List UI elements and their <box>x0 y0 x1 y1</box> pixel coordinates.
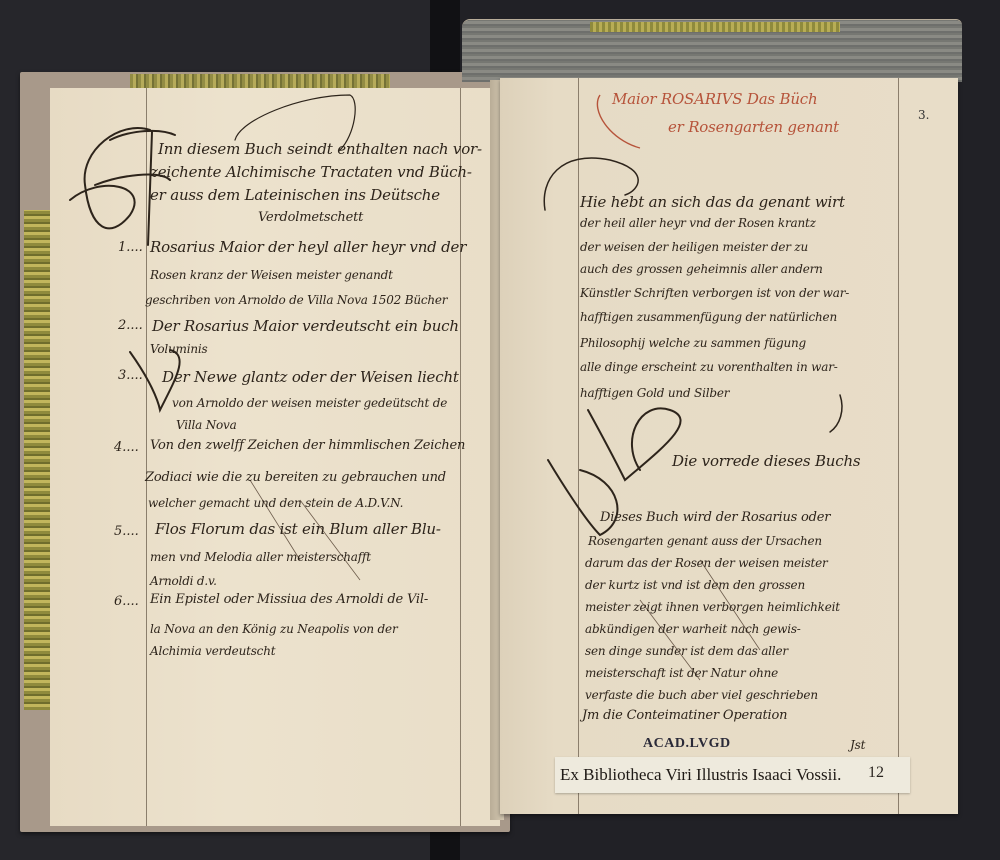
section1-line-2: der heil aller heyr vnd der Rosen krantz <box>580 216 816 230</box>
heading-line-4: Verdolmetschett <box>258 210 363 225</box>
left-gilt-edge-top <box>130 74 390 88</box>
section2-heading: Die vorrede dieses Buchs <box>672 452 860 470</box>
section1-line-9: hafftigen Gold und Silber <box>580 386 729 400</box>
entry-1-line-3: geschriben von Arnoldo de Villa Nova 150… <box>145 293 447 307</box>
section1-line-3: der weisen der heiligen meister der zu <box>580 240 808 254</box>
entry-number-4: 4.... <box>114 440 139 455</box>
entry-number-1: 1.... <box>118 240 143 255</box>
right-gilt-edge-top <box>590 22 840 32</box>
section2-line-6: abkündigen der warheit nach gewis- <box>585 622 801 636</box>
section2-line-1: Dieses Buch wird der Rosarius oder <box>600 510 830 525</box>
entry-4-line-3: welcher gemacht und den stein de A.D.V.N… <box>148 496 403 510</box>
left-margin-rule <box>146 88 147 826</box>
entry-1-line-1: Rosarius Maior der heyl aller heyr vnd d… <box>150 238 466 256</box>
rubric-title-line-1: Maior ROSARIVS Das Büch <box>612 90 817 108</box>
section2-line-10: Jm die Conteimatiner Operation <box>582 708 787 723</box>
heading-line-2: zeichente Alchimische Tractaten vnd Büch… <box>150 163 472 181</box>
entry-number-6: 6.... <box>114 594 139 609</box>
catchword: Jst <box>850 738 865 752</box>
section2-line-2: Rosengarten genant auss der Ursachen <box>588 534 822 548</box>
section2-line-9: verfaste die buch aber viel geschrieben <box>585 688 818 702</box>
entry-3-line-3: Villa Nova <box>176 418 237 432</box>
section1-line-7: Philosophij welche zu sammen fügung <box>580 336 806 350</box>
left-margin-rule <box>578 78 579 814</box>
section1-line-5: Künstler Schriften verborgen ist von der… <box>580 286 849 300</box>
heading-line-1: Inn diesem Buch seindt enthalten nach vo… <box>158 140 482 158</box>
entry-4-line-2: Zodiaci wie die zu bereiten zu gebrauche… <box>145 470 446 485</box>
entry-5-line-1: Flos Florum das ist ein Blum aller Blu- <box>155 520 441 538</box>
entry-number-3: 3.... <box>118 368 143 383</box>
section2-line-7: sen dinge sunder ist dem das aller <box>585 644 788 658</box>
heading-line-3: er auss dem Lateinischen ins Deütsche <box>150 186 440 204</box>
shelf-number: 12 <box>868 764 884 782</box>
entry-2-line-1: Der Rosarius Maior verdeutscht ein buch <box>152 317 459 335</box>
right-page <box>500 78 958 814</box>
entry-3-line-1: Der Newe glantz oder der Weisen liecht <box>162 368 459 386</box>
entry-1-line-2: Rosen kranz der Weisen meister genandt <box>150 268 393 282</box>
entry-6-line-2: la Nova an den König zu Neapolis von der <box>150 622 397 636</box>
section1-line-6: hafftigen zusammenfügung der natürlichen <box>580 310 837 324</box>
entry-4-line-1: Von den zwelff Zeichen der himmlischen Z… <box>150 438 465 453</box>
entry-2-line-2: Voluminis <box>150 342 208 356</box>
rubric-title-line-2: er Rosengarten genant <box>668 118 839 136</box>
library-stamp: ACAD.LVGD <box>643 736 731 752</box>
ex-libris-label-text: Ex Bibliotheca Viri Illustris Isaaci Vos… <box>560 765 841 785</box>
entry-5-line-3: Arnoldi d.v. <box>150 574 217 588</box>
folio-number: 3. <box>918 108 929 122</box>
entry-6-line-3: Alchimia verdeutscht <box>150 644 275 658</box>
entry-number-5: 5.... <box>114 524 139 539</box>
right-margin-rule <box>460 88 461 826</box>
section2-line-8: meisterschaft ist der Natur ohne <box>585 666 778 680</box>
entry-3-line-2: von Arnoldo der weisen meister gedeütsch… <box>172 396 447 410</box>
section2-line-4: der kurtz ist vnd ist dem den grossen <box>585 578 805 592</box>
left-gilt-edge-side <box>24 210 50 710</box>
section1-line-1: Hie hebt an sich das da genant wirt <box>580 193 845 211</box>
entry-5-line-2: men vnd Melodia aller meisterschafft <box>150 550 371 564</box>
section1-line-8: alle dinge erscheint zu vorenthalten in … <box>580 360 838 374</box>
section2-line-5: meister zeigt ihnen verborgen heimlichke… <box>585 600 840 614</box>
right-margin-rule <box>898 78 899 814</box>
section1-line-4: auch des grossen geheimnis aller andern <box>580 262 823 276</box>
section2-line-3: darum das der Rosen der weisen meister <box>585 556 828 570</box>
entry-6-line-1: Ein Epistel oder Missiua des Arnoldi de … <box>150 592 428 607</box>
entry-number-2: 2.... <box>118 318 143 333</box>
